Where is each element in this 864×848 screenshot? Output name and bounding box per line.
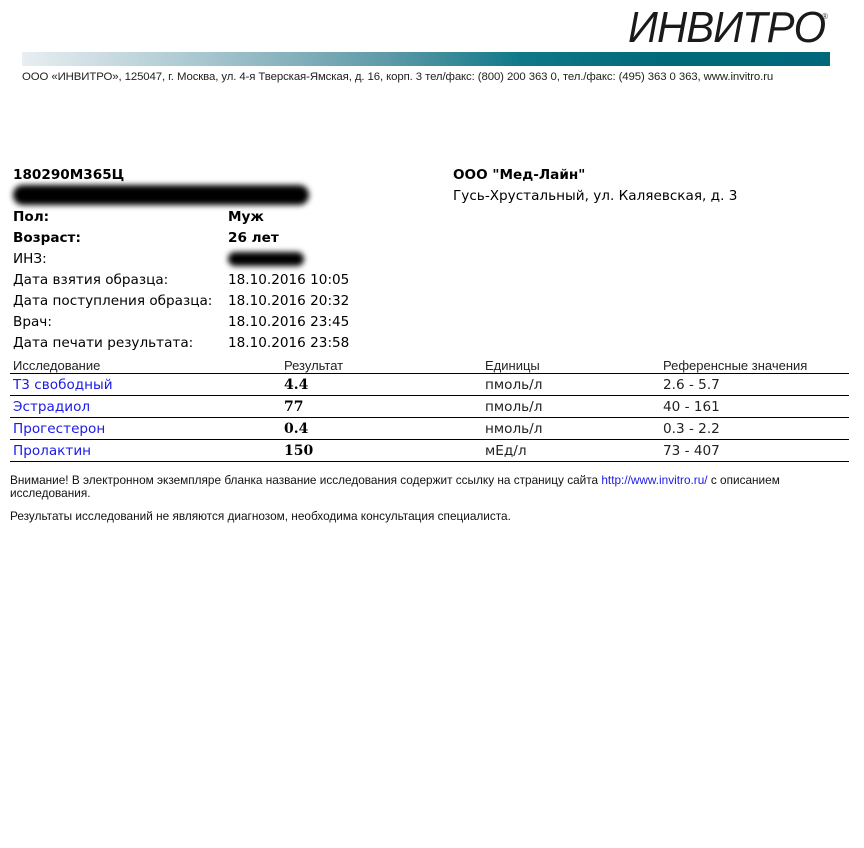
result-value: 150 (281, 440, 482, 462)
notice-text: Внимание! В электронном экземпляре бланк… (10, 473, 601, 487)
notes: Внимание! В электронном экземпляре бланк… (10, 474, 840, 533)
field-label: ИНЗ: (13, 249, 47, 270)
test-link[interactable]: Т3 свободный (13, 377, 113, 393)
result-value: 4.4 (281, 374, 482, 396)
patient-name-redacted (13, 185, 309, 205)
reference-range: 2.6 - 5.7 (660, 374, 849, 396)
header-unit: Единицы (482, 354, 660, 374)
header-reference: Референсные значения (660, 354, 849, 374)
reference-range: 40 - 161 (660, 396, 849, 418)
company-info: ООО «ИНВИТРО», 125047, г. Москва, ул. 4-… (22, 71, 842, 83)
test-link[interactable]: Пролактин (13, 443, 91, 459)
registered-mark-icon: ® (822, 12, 828, 21)
test-link[interactable]: Эстрадиол (13, 399, 90, 415)
disclaimer: Результаты исследований не являются диаг… (10, 510, 840, 523)
table-row: Т3 свободный4.4пмоль/л2.6 - 5.7 (10, 374, 849, 396)
results-table: Исследование Результат Единицы Референсн… (10, 354, 849, 462)
notice: Внимание! В электронном экземпляре бланк… (10, 474, 840, 500)
field-value: 18.10.2016 23:45 (228, 312, 349, 333)
field-label: Дата печати результата: (13, 333, 193, 354)
field-label: Дата взятия образца: (13, 270, 168, 291)
unit: пмоль/л (482, 396, 660, 418)
lab-address: Гусь-Хрустальный, ул. Каляевская, д. 3 (453, 186, 737, 207)
field-value: 18.10.2016 10:05 (228, 270, 349, 291)
field-label: Врач: (13, 312, 52, 333)
invitro-link[interactable]: http://www.invitro.ru/ (601, 473, 707, 487)
field-label: Дата поступления образца: (13, 291, 212, 312)
header-result: Результат (281, 354, 482, 374)
field-value: Муж (228, 207, 264, 228)
unit: мЕд/л (482, 440, 660, 462)
brand-gradient-bar (22, 52, 830, 66)
field-label: Пол: (13, 207, 49, 228)
order-id: 180290М365Ц (13, 165, 124, 186)
field-value: 18.10.2016 23:58 (228, 333, 349, 354)
results-header-row: Исследование Результат Единицы Референсн… (10, 354, 849, 374)
inz-redacted (228, 252, 304, 266)
lab-name: ООО "Мед-Лайн" (453, 165, 585, 186)
logo-text: ИНВИТРО (628, 6, 825, 50)
reference-range: 73 - 407 (660, 440, 849, 462)
test-link[interactable]: Прогестерон (13, 421, 105, 437)
header-test: Исследование (10, 354, 281, 374)
table-row: Эстрадиол77пмоль/л40 - 161 (10, 396, 849, 418)
field-value: 26 лет (228, 228, 279, 249)
result-value: 0.4 (281, 418, 482, 440)
unit: пмоль/л (482, 374, 660, 396)
table-row: Пролактин150мЕд/л73 - 407 (10, 440, 849, 462)
field-value: 18.10.2016 20:32 (228, 291, 349, 312)
result-value: 77 (281, 396, 482, 418)
table-row: Прогестерон0.4нмоль/л0.3 - 2.2 (10, 418, 849, 440)
reference-range: 0.3 - 2.2 (660, 418, 849, 440)
unit: нмоль/л (482, 418, 660, 440)
field-label: Возраст: (13, 228, 81, 249)
